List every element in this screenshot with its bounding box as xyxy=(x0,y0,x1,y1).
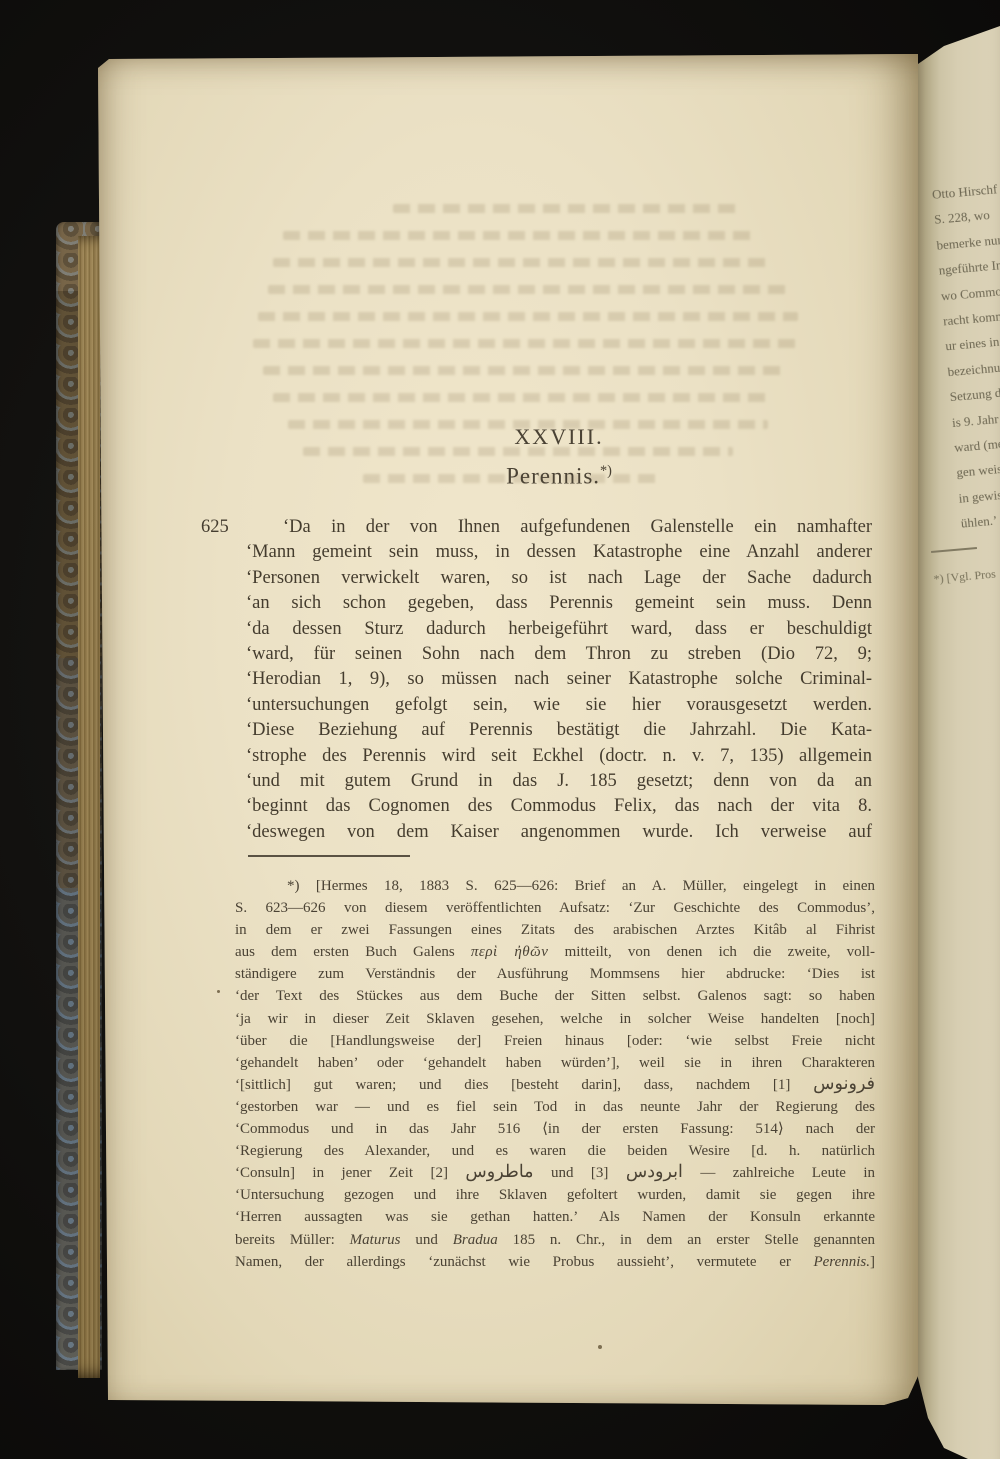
margin-page-number: 625 xyxy=(201,517,241,538)
text-line: ‘Commodus und in das Jahr 516 ⟨in der er… xyxy=(235,1118,875,1140)
text-line: ‘der Text des Stückes aus dem Buche der … xyxy=(235,985,875,1007)
text-line: ‘Untersuchung gezogen und ihre Sklaven g… xyxy=(235,1184,875,1206)
text-line: ‘strophe des Perennis wird seit Eckhel (… xyxy=(246,744,872,769)
text-line: ‘ja wir in dieser Zeit Sklaven gesehen, … xyxy=(235,1008,875,1030)
text-line: ‘da dessen Sturz dadurch herbeigeführt w… xyxy=(246,617,872,642)
text-line: in dem er zwei Fassungen eines Zitats de… xyxy=(235,919,875,941)
text-line: bereits Müller: Maturus und Bradua 185 n… xyxy=(235,1229,875,1251)
paper-speck xyxy=(598,1345,602,1349)
paper-speck xyxy=(217,990,220,993)
text-line: ‘deswegen von dem Kaiser angenommen wurd… xyxy=(246,820,872,845)
text-line: ‘Mann gemeint sein muss, in dessen Katas… xyxy=(246,540,872,565)
scanned-book-photo: XXVIII. Perennis.*) 625 ‘Da in der von I… xyxy=(0,0,1000,1459)
footnote-text: *) [Hermes 18, 1883 S. 625—626: Brief an… xyxy=(235,875,875,1273)
text-line: ‘Herodian 1, 9), so müssen nach seiner K… xyxy=(246,667,872,692)
text-line: ständigere zum Verständnis der Ausführun… xyxy=(235,963,875,985)
text-line: ‘Personen verwickelt waren, so ist nach … xyxy=(246,566,872,591)
body-text: ‘Da in der von Ihnen aufgefundenen Galen… xyxy=(246,515,872,845)
text-line: ‘Da in der von Ihnen aufgefundenen Galen… xyxy=(246,515,872,540)
text-line: ‘untersuchungen gefolgt sein, wie sie hi… xyxy=(246,693,872,718)
text-line: ‘[sittlich] gut waren; und dies [besteht… xyxy=(235,1074,875,1096)
footnote-marker: *) xyxy=(600,463,612,479)
text-line: ‘gestorben war — und es fiel sein Tod in… xyxy=(235,1096,875,1118)
section-title-text: Perennis. xyxy=(506,464,600,489)
text-line: ‘über die [Handlungsweise der] Freien hi… xyxy=(235,1030,875,1052)
text-line: ‘beginnt das Cognomen des Commodus Felix… xyxy=(246,794,872,819)
page-stack-edge xyxy=(78,236,100,1378)
chapter-heading: XXVIII. xyxy=(246,424,872,450)
text-line: ‘und mit gutem Grund in das J. 185 geset… xyxy=(246,769,872,794)
text-line: ‘Diese Beziehung auf Perennis bestätigt … xyxy=(246,718,872,743)
text-line: ‘Consuln] in jener Zeit ماطروس [2] und ا… xyxy=(235,1162,875,1184)
section-title: Perennis.*) xyxy=(246,463,872,490)
text-line: *) [Hermes 18, 1883 S. 625—626: Brief an… xyxy=(235,875,875,897)
adjacent-page-footnote-rule xyxy=(931,547,977,553)
bleedthrough-text xyxy=(243,204,803,501)
text-line: aus dem ersten Buch Galens περὶ ἠθῶν mit… xyxy=(235,941,875,963)
text-line: ‘ward, für seinen Sohn nach dem Thron zu… xyxy=(246,642,872,667)
text-line: ‘an sich schon gegeben, dass Perennis ge… xyxy=(246,591,872,616)
text-line: ‘gehandelt haben’ oder ‘gehandelt haben … xyxy=(235,1052,875,1074)
text-line: ‘Regierung des Alexander, und es waren d… xyxy=(235,1140,875,1162)
text-line: ‘Herren aussagten was sie gethan hatten.… xyxy=(235,1206,875,1228)
adjacent-page-text: Otto HirschfS. 228, wobemerke nurngeführ… xyxy=(931,169,1000,536)
text-line: Otto Hirschf xyxy=(931,169,1000,207)
adjacent-page-footnote-fragment: *) [Vgl. Pros xyxy=(933,560,1000,587)
text-line: Namen, der allerdings ‘zunächst wie Prob… xyxy=(235,1251,875,1273)
book-page: XXVIII. Perennis.*) 625 ‘Da in der von I… xyxy=(95,54,918,1410)
text-line: S. 623—626 von diesem veröffentlichten A… xyxy=(235,897,875,919)
footnote-rule xyxy=(248,855,410,857)
adjacent-page-edge: Otto HirschfS. 228, wobemerke nurngeführ… xyxy=(918,0,1000,1459)
